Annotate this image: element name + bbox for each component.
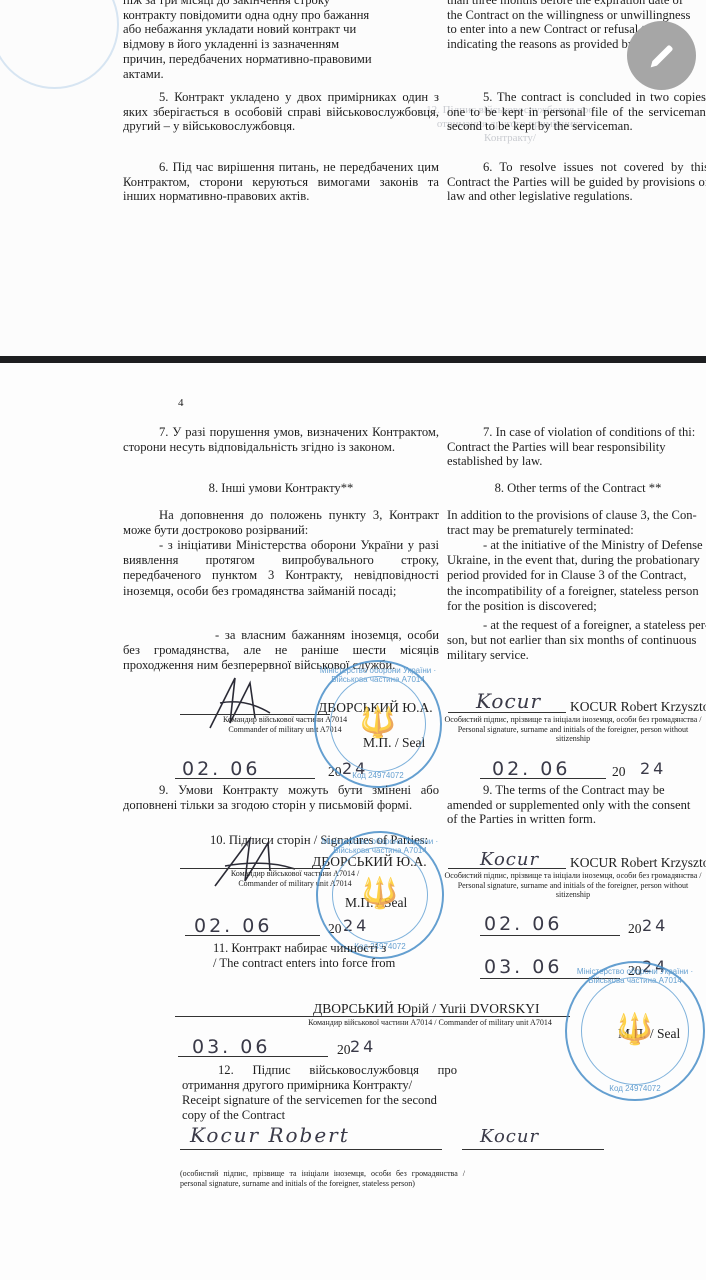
year-handwritten: 24 <box>640 759 666 778</box>
clause-12-en: Receipt signature of the servicemen for … <box>182 1093 462 1122</box>
date-line <box>178 1056 328 1057</box>
edit-button[interactable] <box>627 21 696 90</box>
signature-line <box>448 868 566 869</box>
clause-9-en: 9. The terms of the Contract may be amen… <box>447 783 706 827</box>
text-line: military service. <box>447 648 706 663</box>
year-handwritten: 24 <box>350 1037 376 1056</box>
date-handwritten: 02. 06 <box>182 758 260 780</box>
text-line: або небажання укладати новий контракт чи <box>123 22 439 37</box>
text-line: причин, передбачених нормативно-правовим… <box>123 52 439 67</box>
text-line: 7. In case of violation of conditions of… <box>447 425 706 440</box>
foreigner-name: KOCUR Robert Krzyszto <box>570 855 706 871</box>
clause-6-ua: 6. Пiд час вирiшення питань, не передбач… <box>123 160 439 204</box>
date-line <box>480 935 620 936</box>
clause-12-ua: 12. Пiдпис вiйськовослужбовця про отрима… <box>182 1063 457 1092</box>
clause-8-ua-title: 8. Iншi умови Контракту** <box>123 481 439 496</box>
seal-code: Код 24974072 <box>567 1084 703 1093</box>
seal-ring-text: Мiнiстерство оборони України · Вiйськова… <box>316 666 440 684</box>
text-line: - at the request of a foreigner, a state… <box>447 618 706 633</box>
effective-date-handwritten: 03. 06 <box>484 956 562 978</box>
page-separator <box>0 356 706 363</box>
text-line: Receipt signature of the servicemen for … <box>182 1093 462 1108</box>
foreigner-signature: Kocur <box>480 849 539 870</box>
text-line: 9. The terms of the Contract may be <box>447 783 706 798</box>
signature-line <box>175 1016 570 1017</box>
text-line: Ukraine, in the event that, during the p… <box>447 553 706 568</box>
clause-5-en: 5. The contract is concluded in two copi… <box>447 90 706 134</box>
clause-9-ua: 9. Умови Контракту можуть бути змiненi а… <box>123 783 439 812</box>
date-handwritten: 03. 06 <box>192 1036 270 1058</box>
text-line: контракту повiдомити одна одну про бажан… <box>123 8 439 23</box>
clause-6-en: 6. To resolve issues not covered by this… <box>447 160 706 204</box>
official-seal: Мiнiстерство оборони України · Вiйськова… <box>565 961 705 1101</box>
text-line: In addition to the provisions of clause … <box>447 508 706 523</box>
commander-full-name: ДВОРСЬКИЙ Юрiй / Yurii DVORSKYI <box>313 1001 540 1017</box>
foreigner-caption: Особистий пiдпис, прiзвище та iнiцiали i… <box>440 715 706 744</box>
clause-8-ua-item-1: - з iнiцiативи Мiнiстерства оборони Укра… <box>123 538 439 599</box>
clause-8-en-item-2: - at the request of a foreigner, a state… <box>447 618 706 664</box>
signature-line <box>462 1149 604 1150</box>
date-line <box>480 778 606 779</box>
foreigner-signature: Kocur <box>476 689 541 713</box>
clause-8-ua-intro: На доповнення до положень пункту 3, Конт… <box>123 508 439 537</box>
year-prefix: 20 <box>612 764 626 780</box>
date-line <box>175 778 315 779</box>
text-line: son, but not earlier than six months of … <box>447 633 706 648</box>
foreigner-caption: Особистий пiдпис, прiзвище та iнiцiали i… <box>440 871 706 900</box>
commander-full-title: Командир вiйськової частини А7014 / Comm… <box>285 1018 575 1028</box>
signature-line <box>180 1149 442 1150</box>
faded-seal-watermark <box>0 0 119 89</box>
text-line: вiдмову в його укладеннi iз зазначенням <box>123 37 439 52</box>
pencil-icon <box>645 39 679 73</box>
page-number: 4 <box>178 397 184 409</box>
seal-code: Код 24974072 <box>316 771 440 780</box>
clause-8-en-title: 8. Other terms of the Contract ** <box>447 481 706 496</box>
trident-icon: 🔱 <box>359 705 396 740</box>
clause-7-ua: 7. У разi порушення умов, визначених Кон… <box>123 425 439 454</box>
text-line: for the position is discovered; <box>447 599 706 614</box>
official-seal: Мiнiстерство оборони України · Вiйськова… <box>316 831 444 959</box>
text-line: Contract the Parties will bear responsib… <box>447 440 706 455</box>
document-page-4: 4 7. У разi порушення умов, визначених К… <box>0 363 706 1280</box>
servicemember-signature: Kocur <box>480 1126 539 1147</box>
clause-5-ua: 5. Контракт укладено у двох примiрниках … <box>123 90 439 134</box>
foreigner-name: KOCUR Robert Krzyszto <box>570 699 706 715</box>
text-line: актами. <box>123 67 439 82</box>
date-line <box>185 935 320 936</box>
clause-7-en: 7. In case of violation of conditions of… <box>447 425 706 469</box>
date-handwritten: 02. 06 <box>484 913 562 935</box>
document-page-3: пiж за три мiсяцi до закiнчення строку к… <box>0 0 706 356</box>
seal-ring-text: Мiнiстерство оборони України · Вiйськова… <box>318 837 442 855</box>
text-line: than three months before the expiration … <box>447 0 706 8</box>
clause-8-en-intro: In addition to the provisions of clause … <box>447 508 706 537</box>
clause-11-en: / The contract enters into force from <box>213 956 453 971</box>
text-line: the Contract on the willingness or unwil… <box>447 8 706 23</box>
clause-4-ua-tail: пiж за три мiсяцi до закiнчення строку к… <box>123 0 439 81</box>
text-line: tract may be prematurely terminated: <box>447 523 706 538</box>
clause-12-caption: (особистий пiдпис, прiзвище та iнiцiали … <box>180 1169 465 1188</box>
clause-11-ua: 11. Контракт набирає чинностi з <box>213 941 453 956</box>
servicemember-handwritten-name: Kocur Robert <box>190 1123 350 1147</box>
official-seal: Мiнiстерство оборони України · Вiйськова… <box>314 660 442 788</box>
trident-icon: 🔱 <box>616 1012 653 1047</box>
text-line: established by law. <box>447 454 706 469</box>
clause-8-en-item-1: - at the initiative of the Ministry of D… <box>447 538 706 614</box>
trident-icon: 🔱 <box>361 876 398 911</box>
year-prefix: 20 <box>628 921 642 937</box>
text-line: the incompatibility of a foreigner, stat… <box>447 584 706 599</box>
text-line: period provided for in Clause 3 of the C… <box>447 568 706 583</box>
year-handwritten: 24 <box>642 916 668 935</box>
text-line: amended or supplemented only with the co… <box>447 798 706 813</box>
text-line: copy of the Contract <box>182 1108 462 1123</box>
text-line: - at the initiative of the Ministry of D… <box>447 538 706 553</box>
text-line: пiж за три мiсяцi до закiнчення строку <box>123 0 439 8</box>
year-prefix: 20 <box>337 1042 351 1058</box>
date-handwritten: 02. 06 <box>492 758 570 780</box>
text-line: of the Parties in written form. <box>447 812 706 827</box>
date-handwritten: 02. 06 <box>194 915 272 937</box>
seal-ring-text: Мiнiстерство оборони України · Вiйськова… <box>567 967 703 985</box>
signature-line <box>448 712 566 713</box>
